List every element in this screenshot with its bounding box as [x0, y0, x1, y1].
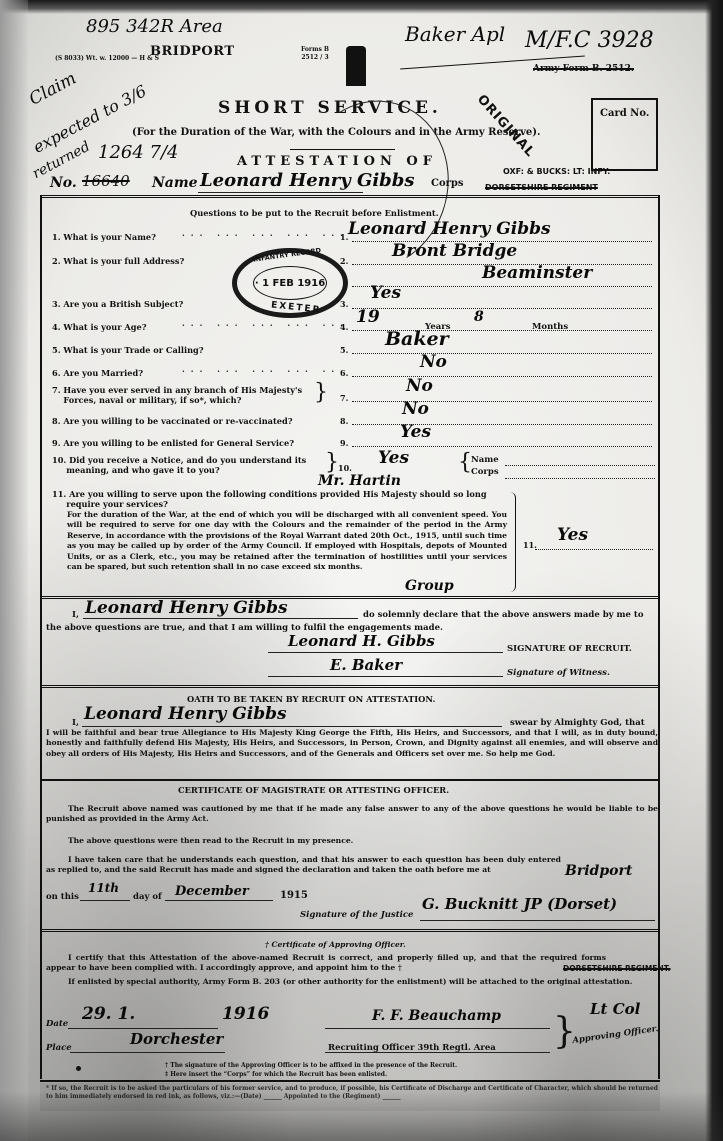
recruit-signature-line — [268, 652, 503, 653]
question-5: 5. What is your Trade or Calling? — [52, 345, 204, 355]
question-1: 1. What is your Name? — [52, 232, 156, 242]
date-line — [68, 1028, 218, 1029]
handwritten-area-note: 895 342R Area — [86, 16, 223, 37]
bullet-dot — [76, 1066, 81, 1071]
answer-line — [352, 365, 652, 377]
stamp-bottom-text: EXETER — [271, 300, 322, 315]
leader-dots: ··· ··· ··· ··· ··· — [182, 230, 349, 240]
oath-text-body: I will be faithful and bear true Allegia… — [46, 728, 658, 759]
answer-10-number: 10. — [338, 463, 352, 473]
approving-officer-signature: F. F. Beauchamp — [372, 1008, 501, 1024]
attestation-year: 1915 — [280, 890, 308, 901]
recruit-name-label: Name — [152, 175, 198, 191]
corps-value: OXF: & BUCKS: LT: INFY. — [503, 167, 610, 176]
divider — [40, 929, 660, 933]
recruit-no-label: No. — [50, 175, 77, 191]
leader-dots: ··· ··· ··· ··· ··· — [182, 320, 349, 330]
notice-corps-label: Corps — [471, 467, 499, 477]
margin-number: 1264 7/4 — [98, 142, 179, 163]
officer-rank: Lt Col — [590, 1000, 640, 1018]
footnote-2: ‡ Here insert the “Corps” for which the … — [165, 1071, 387, 1078]
officer-title-line — [325, 1052, 550, 1053]
answer-4-number: 4. — [340, 322, 348, 332]
brace: } — [325, 452, 339, 474]
divider — [40, 685, 660, 689]
justice-signature-line — [420, 920, 655, 921]
answer-3: Yes — [370, 283, 401, 303]
oath-text-1: swear by Almighty God, that — [510, 718, 645, 728]
brace: { — [458, 452, 472, 474]
divider — [40, 779, 660, 781]
answer-8: No — [402, 399, 429, 419]
recruit-name-value: Leonard Henry Gibbs — [200, 170, 414, 191]
corps-label: Corps — [431, 178, 464, 189]
recruit-no-value: 16640 — [82, 172, 130, 190]
oath-heading: OATH TO BE TAKEN BY RECRUIT ON ATTESTATI… — [187, 694, 435, 704]
printed-place: BRIDPORT — [150, 44, 235, 59]
magistrate-heading: CERTIFICATE OF MAGISTRATE OR ATTESTING O… — [178, 785, 449, 795]
answer-2-line-1: Bront Bridge — [392, 241, 517, 261]
approving-place: Dorchester — [130, 1030, 223, 1048]
magistrate-para-1: The Recruit above named was cautioned by… — [46, 804, 658, 825]
card-number-box: Card No. — [591, 98, 658, 171]
question-7: 7. Have you ever served in any branch of… — [52, 385, 302, 405]
name-underline — [198, 192, 363, 193]
answer-4-months: 8 — [474, 309, 484, 325]
scan-top-edge — [0, 0, 723, 14]
answer-2-line-2: Beaminster — [482, 263, 592, 283]
oath-prefix: I, — [72, 718, 79, 728]
answer-8-number: 8. — [340, 416, 348, 426]
notice-name-label: Name — [471, 455, 499, 465]
divider — [40, 1080, 660, 1082]
stamp-date: · 1 FEB 1916 — [253, 266, 327, 300]
divider-top — [40, 195, 660, 199]
place-line — [70, 1052, 225, 1053]
attestation-day: 11th — [88, 881, 119, 895]
regimental-reference: M/F.C 3928 — [525, 28, 654, 53]
approving-year: 1916 — [222, 1004, 269, 1024]
answer-line — [535, 538, 653, 550]
answer-9-number: 9. — [340, 438, 348, 448]
approving-para-2: If enlisted by special authority, Army F… — [46, 977, 658, 987]
answer-10: Yes — [378, 448, 409, 468]
question-2: 2. What is your full Address? — [52, 256, 184, 266]
royal-crest-icon — [346, 46, 366, 86]
infantry-record-stamp: INFANTRY RECORD · 1 FEB 1916 EXETER — [232, 248, 348, 318]
army-form-label: Army Form B. 2512. — [533, 64, 634, 74]
question-11: 11. Are you willing to serve upon the fo… — [52, 489, 487, 509]
answer-line — [352, 435, 652, 447]
recruit-signature: Leonard H. Gibbs — [288, 632, 435, 650]
brace — [510, 492, 516, 592]
footnote-1: † The signature of the Approving Officer… — [165, 1062, 457, 1069]
place-label: Place — [46, 1043, 72, 1053]
officer-signature-line — [325, 1028, 550, 1029]
question-8: 8. Are you willing to be vaccinated or r… — [52, 416, 293, 426]
card-number-label: Card No. — [600, 108, 649, 119]
questions-heading: Questions to be put to the Recruit befor… — [190, 208, 439, 218]
approving-heading: † Certificate of Approving Officer. — [265, 940, 406, 949]
q11-conditions: For the duration of the War, at the end … — [67, 510, 507, 572]
approving-para-1: I certify that this Attestation of the a… — [46, 953, 606, 974]
scan-right-edge — [705, 0, 723, 1141]
day-of-label: day of — [133, 892, 162, 902]
approving-regiment-struck: DORSETSHIRE REGIMENT. — [563, 964, 671, 973]
answer-line — [352, 390, 652, 402]
question-10: 10. Did you receive a Notice, and do you… — [52, 455, 306, 475]
question-6: 6. Are you Married? — [52, 368, 143, 378]
oath-name: Leonard Henry Gibbs — [84, 704, 287, 724]
scan-shadow — [40, 1083, 660, 1111]
answer-7: No — [406, 376, 433, 396]
declaration-prefix: I, — [72, 610, 79, 620]
corps-struck: DORSETSHIRE REGIMENT — [485, 183, 598, 192]
attestation-place: Bridport — [565, 863, 632, 879]
annotation-baker: Baker Apl — [405, 22, 505, 46]
answer-9: Yes — [400, 422, 431, 442]
printer-line: (S 8033) Wt. w. 12000 — H & S — [55, 55, 159, 62]
date-label: Date — [46, 1019, 68, 1029]
brace: } — [314, 382, 328, 404]
answer-line — [352, 413, 652, 425]
answer-6: No — [420, 352, 447, 372]
approving-date: 29. 1. — [82, 1004, 135, 1024]
leader-dots: ··· ··· ··· ··· ··· — [182, 366, 349, 376]
oath-name-line — [82, 726, 502, 727]
answer-1: Leonard Henry Gibbs — [348, 219, 551, 239]
answer-3-number: 3. — [340, 299, 348, 309]
question-4: 4. What is your Age? — [52, 322, 147, 332]
question-3: 3. Are you a British Subject? — [52, 299, 183, 309]
justice-label: Signature of the Justice — [300, 910, 413, 920]
magistrate-para-2: The above questions were then read to th… — [68, 836, 658, 846]
form-code: Forms B 2512 / 3 — [297, 46, 333, 62]
witness-signature-line — [268, 676, 503, 677]
magistrate-para-3: I have taken care that he understands ea… — [46, 855, 561, 876]
question-9: 9. Are you willing to be enlisted for Ge… — [52, 438, 294, 448]
declaration-name: Leonard Henry Gibbs — [85, 598, 288, 618]
answer-5: Baker — [385, 328, 449, 350]
on-this-label: on this — [46, 892, 79, 902]
answer-11-note: Group — [405, 578, 454, 594]
answer-7-number: 7. — [340, 393, 348, 403]
declaration-text: do solemnly declare that the above answe… — [363, 610, 644, 620]
document-page: 895 342R Area BRIDPORT (S 8033) Wt. w. 1… — [0, 0, 723, 1141]
scan-left-edge — [0, 0, 28, 1141]
months-label: Months — [532, 322, 568, 332]
witness-signature: E. Baker — [330, 656, 402, 674]
margin-note-claim: Claim — [26, 68, 80, 109]
answer-5-number: 5. — [340, 345, 348, 355]
answer-10-note: Mr. Hartin — [318, 473, 401, 489]
day-line — [80, 900, 130, 901]
witness-signature-label: Signature of Witness. — [507, 668, 610, 678]
declaration-name-line — [83, 618, 358, 619]
answer-4-years: 19 — [356, 307, 380, 327]
answer-2-number: 2. — [340, 256, 348, 266]
recruit-signature-label: SIGNATURE OF RECRUIT. — [507, 644, 632, 654]
answer-line — [505, 454, 655, 466]
answer-line — [505, 467, 655, 479]
justice-signature: G. Bucknitt JP (Dorset) — [422, 895, 617, 913]
attestation-month: December — [175, 884, 249, 899]
answer-6-number: 6. — [340, 368, 348, 378]
month-line — [165, 900, 273, 901]
